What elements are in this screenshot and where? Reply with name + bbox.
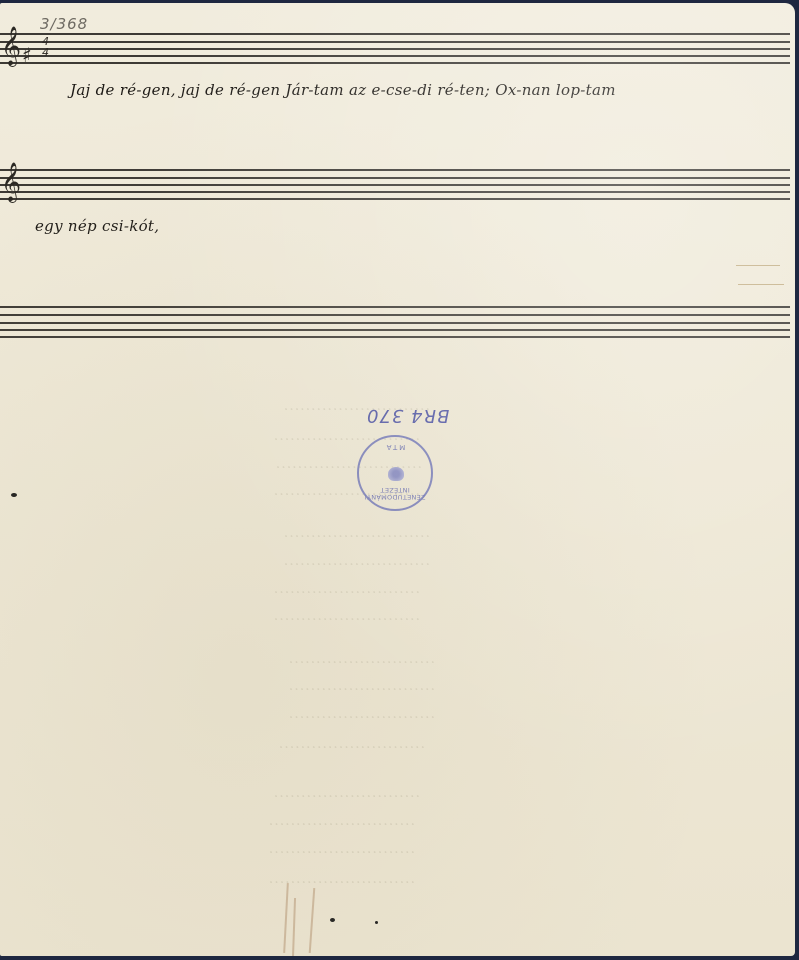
manuscript-page: 3/368 𝄞 ♯ 4 4 Jaj de ré-gen, jaj de ré-g… [0, 3, 795, 956]
show-through-text: ........................... [95, 651, 435, 667]
treble-clef-icon: 𝄞 [1, 29, 21, 63]
show-through-text: ........................... [95, 678, 435, 694]
paper-crease [283, 883, 289, 953]
show-through-text: ........................... [75, 813, 415, 829]
staff-line [0, 169, 790, 171]
sharp-key-signature: ♯ [22, 43, 32, 67]
staff-line [0, 184, 790, 186]
ink-spot [330, 918, 335, 922]
show-through-text: ........................... [80, 428, 420, 444]
stamp-bottom-text: MTA [359, 443, 431, 451]
lyrics-line-2: egy nép csi-kót, [35, 217, 159, 235]
time-signature: 4 4 [42, 36, 49, 58]
paper-crease [292, 898, 296, 956]
show-through-text: ........................... [75, 871, 415, 887]
show-through-text: ........................... [95, 706, 435, 722]
treble-clef-icon: 𝄞 [1, 165, 21, 199]
staff-line [0, 48, 790, 50]
lyrics-line-1: Jaj de ré-gen, jaj de ré-gen Jár-tam az … [70, 81, 616, 99]
show-through-text: ........................... [90, 553, 430, 569]
ink-spot [375, 921, 378, 924]
staff-line [0, 177, 790, 179]
staff-line [0, 55, 790, 57]
staff-line [0, 314, 790, 316]
staff-line [0, 336, 790, 338]
show-through-text: ........................... [75, 841, 415, 857]
staff-line [0, 329, 790, 331]
show-through-text: ........................... [80, 581, 420, 597]
coat-of-arms-icon [388, 467, 404, 481]
catalog-number: 3/368 [40, 15, 88, 33]
staff-line [0, 191, 790, 193]
show-through-text: ........................... [90, 525, 430, 541]
stamp-ring-text: ZENETUDOMÁNYI INTÉZET [359, 486, 431, 500]
staff-line [0, 306, 790, 308]
paper-crease [309, 888, 316, 953]
show-through-text: ........................... [80, 785, 420, 801]
time-signature-bottom: 4 [42, 47, 49, 58]
ink-spot [11, 493, 17, 497]
staff-line [0, 41, 790, 43]
staff-line [0, 198, 790, 200]
show-through-text: ........................... [85, 736, 425, 752]
show-through-text: ........................... [80, 608, 420, 624]
library-stamp: ZENETUDOMÁNYI INTÉZET MTA [357, 435, 433, 511]
pencil-mark [738, 284, 784, 285]
staff-line [0, 33, 790, 35]
shelfmark-number: BR4 370 [366, 405, 449, 426]
staff-line [0, 62, 790, 64]
pencil-mark [736, 265, 780, 266]
staff-line [0, 322, 790, 324]
